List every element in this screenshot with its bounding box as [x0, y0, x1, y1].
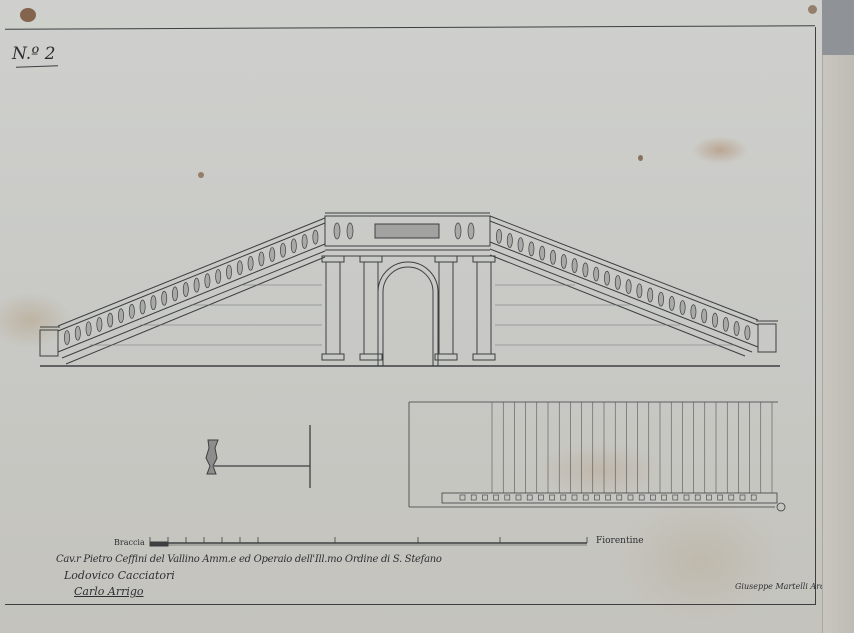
drawing-sheet: N.º 2 113 [0, 0, 822, 633]
caption-line-1: Cav.r Pietro Ceffini del Vallino Amm.e e… [56, 554, 442, 565]
caption-line-2: Lodovico Cacciatori [64, 569, 175, 582]
architect-signature: Giuseppe Martelli Arch. [735, 582, 832, 591]
scale-label-left: Braccia [114, 538, 145, 547]
binding-strip [822, 55, 854, 633]
scale-label-right: Fiorentine [596, 536, 644, 546]
caption-line-3: Carlo Arrigo [74, 585, 144, 598]
